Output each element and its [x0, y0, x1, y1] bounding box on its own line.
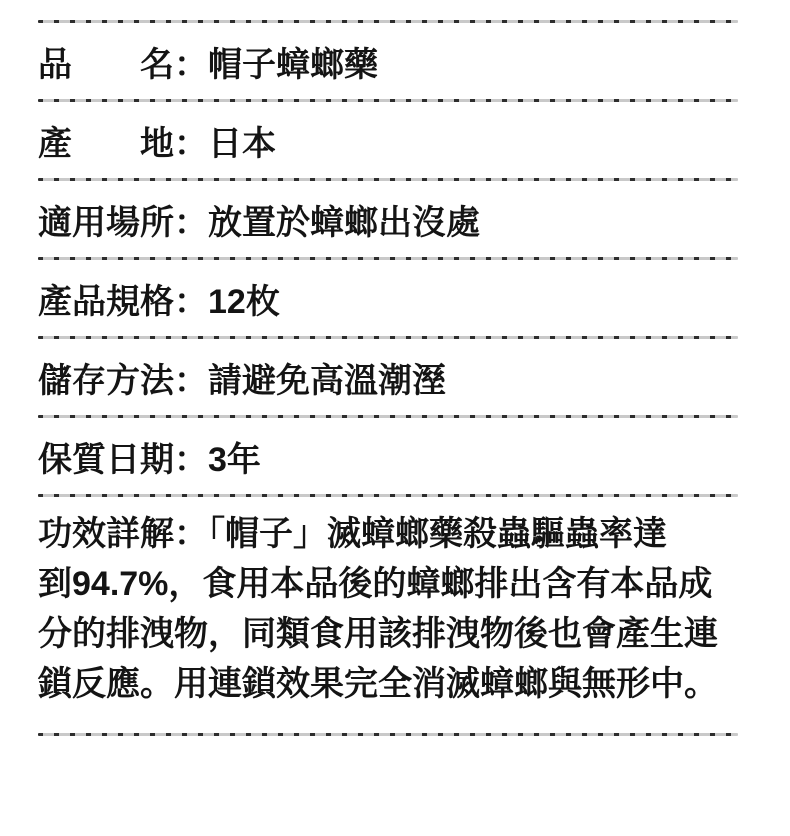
row-value: 帽子蟑螂藥 — [208, 37, 378, 86]
efficacy-detail-paragraph: 功效詳解：「帽子」滅蟑螂藥殺蟲驅蟲率達 到94.7%，食用本品後的蟑螂排出含有本… — [38, 497, 752, 733]
row-colon: ： — [174, 432, 208, 481]
row-colon: ： — [174, 116, 208, 165]
detail-line: 到94.7%，食用本品後的蟑螂排出含有本品成 — [38, 559, 752, 609]
row-label: 產地 — [38, 116, 174, 165]
spec-row-storage: 儲存方法：請避免高溫潮溼 — [38, 339, 738, 415]
row-value: 3年 — [208, 432, 261, 481]
row-colon: ： — [174, 37, 208, 86]
spec-row-applicable-place: 適用場所：放置於蟑螂出沒處 — [38, 181, 738, 257]
row-value: 請避免高溫潮溼 — [208, 353, 446, 402]
detail-line: 鎖反應。用連鎖效果完全消滅蟑螂與無形中。 — [38, 659, 752, 709]
product-spec-sheet: 品名：帽子蟑螂藥 產地：日本 適用場所：放置於蟑螂出沒處 產品規格：12枚 儲存… — [0, 0, 752, 736]
spec-row-origin: 產地：日本 — [38, 102, 738, 178]
row-label: 產品規格 — [38, 274, 174, 323]
row-colon: ： — [174, 195, 208, 244]
row-colon: ： — [174, 274, 208, 323]
dashed-divider — [38, 733, 738, 736]
detail-line: 分的排洩物，同類食用該排洩物後也會產生連 — [38, 609, 752, 659]
row-label: 品名 — [38, 37, 174, 86]
spec-row-specification: 產品規格：12枚 — [38, 260, 738, 336]
row-label: 適用場所 — [38, 195, 174, 244]
row-value: 12枚 — [208, 274, 280, 323]
row-label: 保質日期 — [38, 432, 174, 481]
row-value: 日本 — [208, 116, 276, 165]
detail-line: 功效詳解：「帽子」滅蟑螂藥殺蟲驅蟲率達 — [38, 509, 752, 559]
row-value: 放置於蟑螂出沒處 — [208, 195, 480, 244]
spec-row-shelf-life: 保質日期：3年 — [38, 418, 738, 494]
row-label: 儲存方法 — [38, 353, 174, 402]
spec-row-product-name: 品名：帽子蟑螂藥 — [38, 23, 738, 99]
row-colon: ： — [174, 353, 208, 402]
